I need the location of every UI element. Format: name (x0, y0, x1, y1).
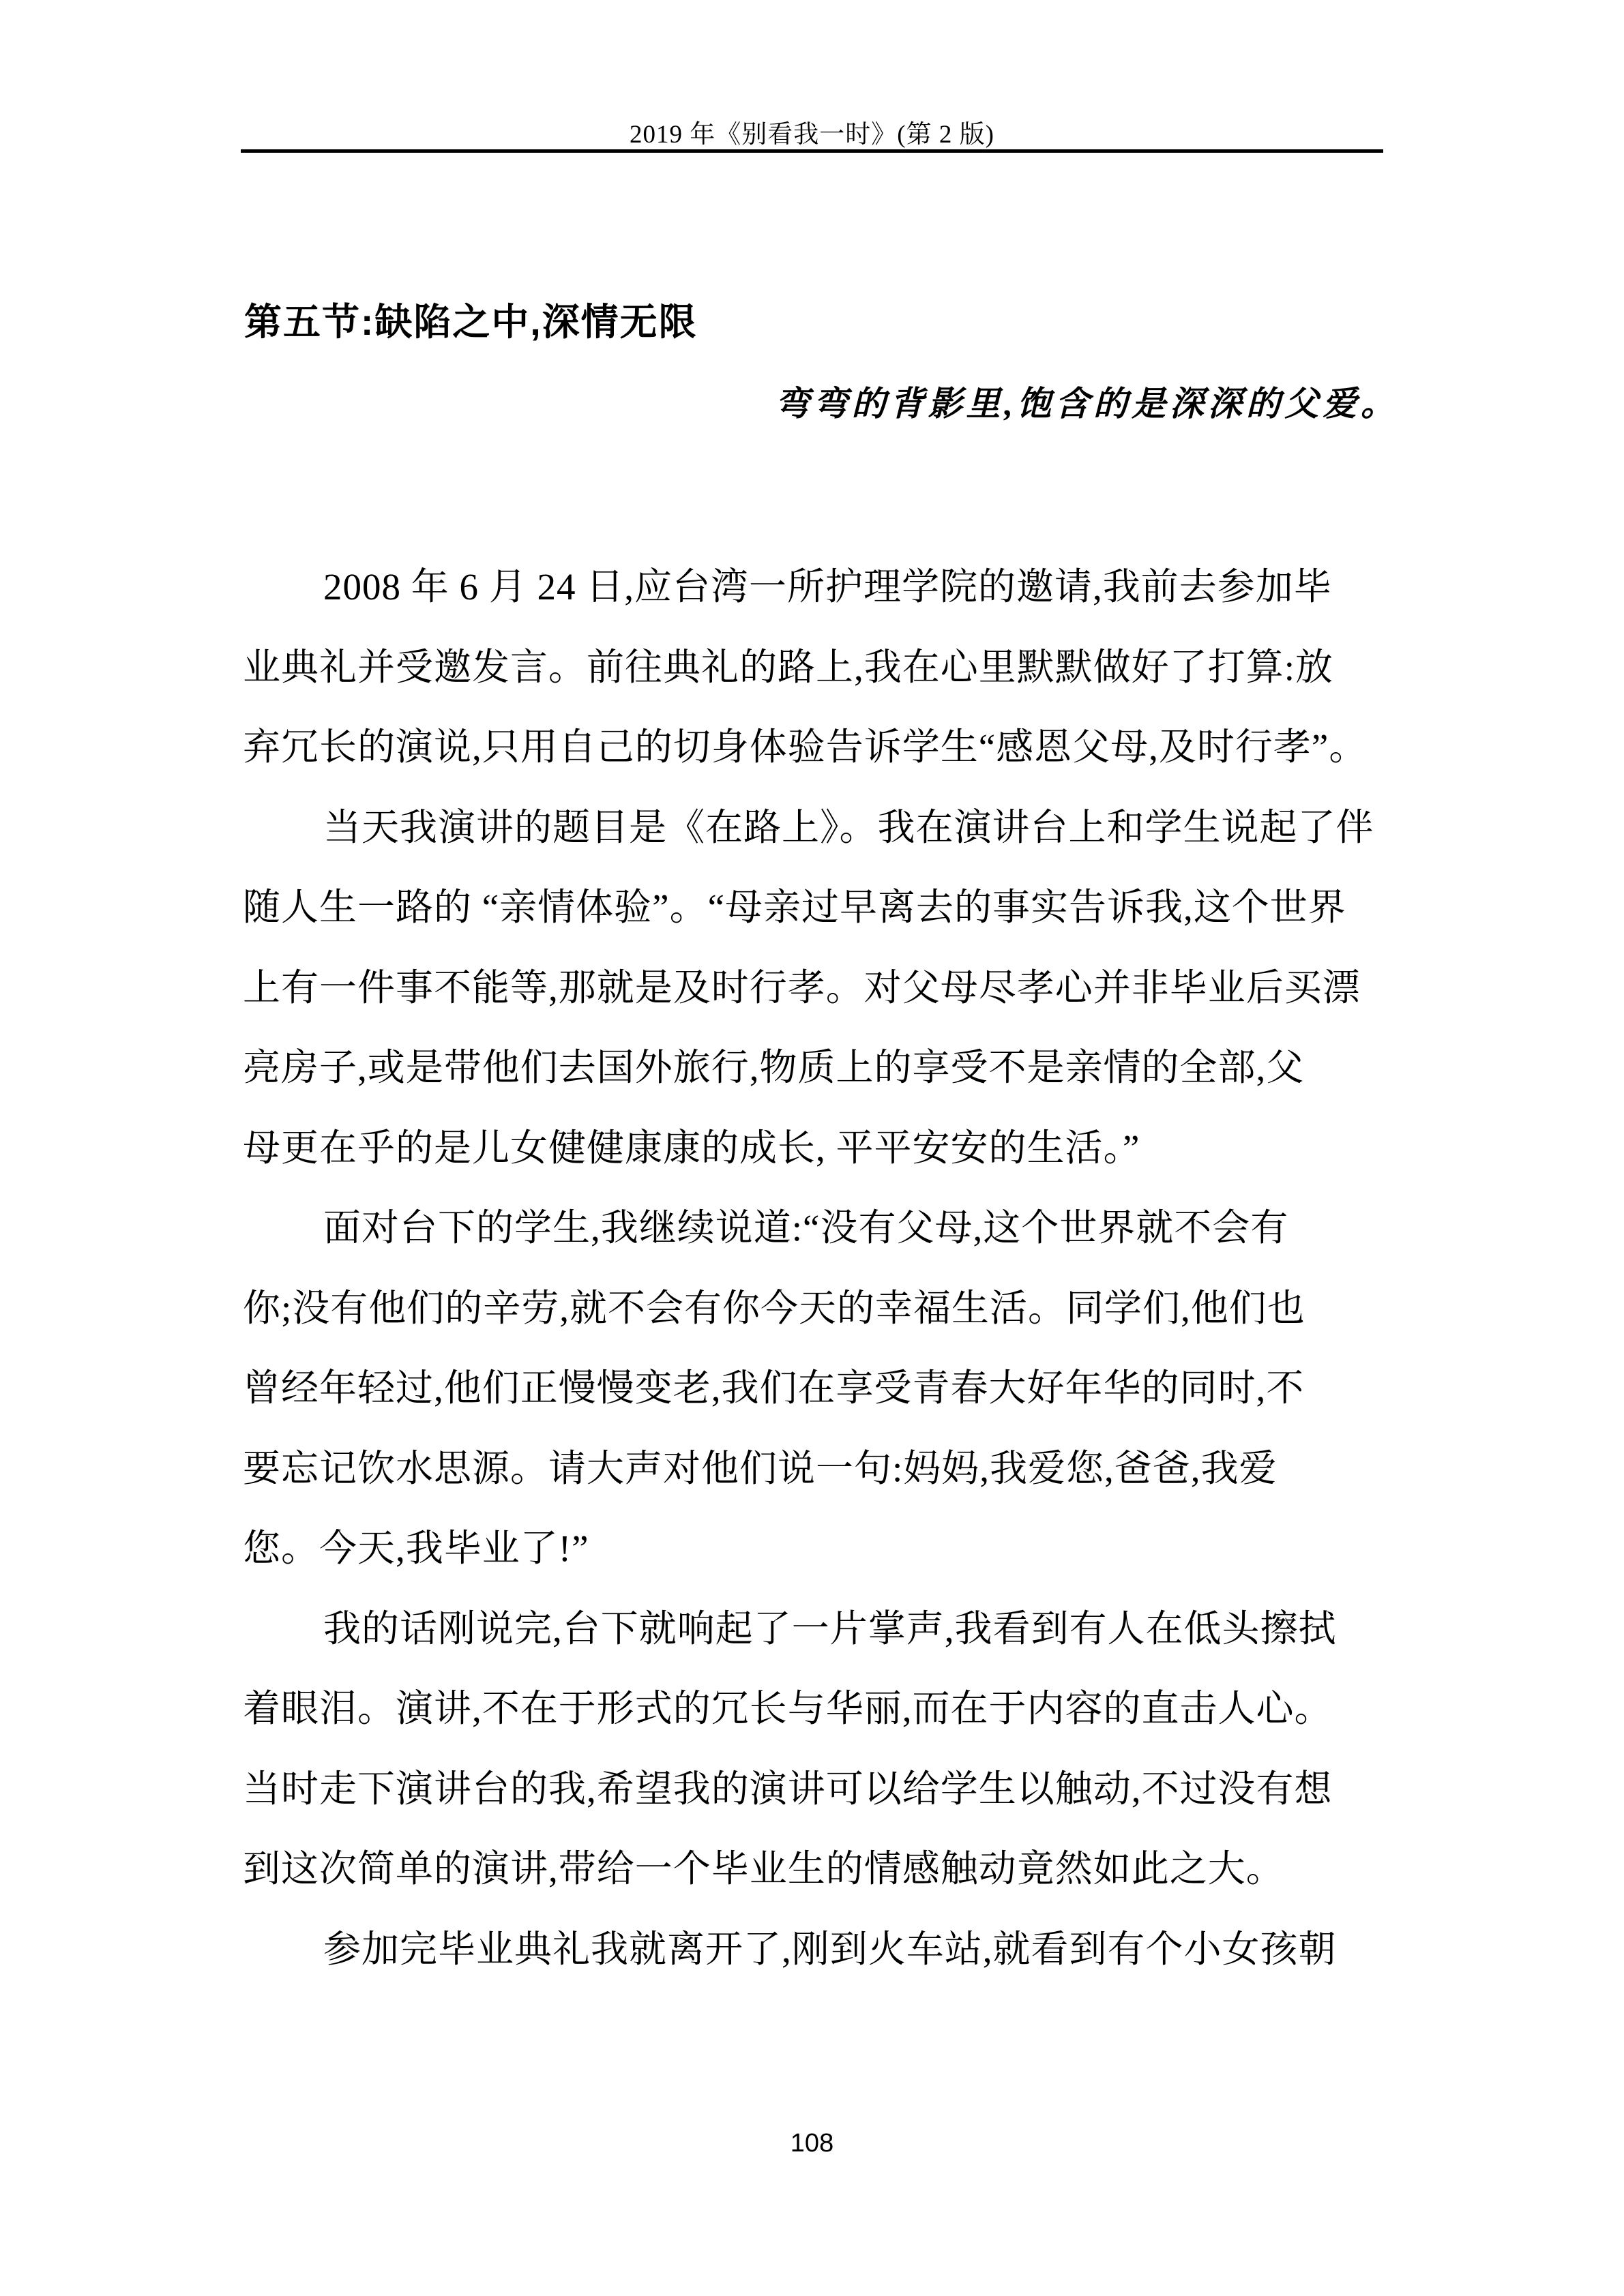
body-line: 您。今天,我毕业了!” (243, 1505, 1399, 1585)
page-number: 108 (0, 2129, 1624, 2158)
body-line: 参加完毕业典礼我就离开了,刚到火车站,就看到有个小女孩朝 (243, 1906, 1399, 1986)
body-line: 当天我演讲的题目是《在路上》。我在演讲台上和学生说起了伴 (243, 784, 1399, 865)
body-line: 当时走下演讲台的我,希望我的演讲可以给学生以触动,不过没有想 (243, 1746, 1399, 1826)
body-line: 着眼泪。演讲,不在于形式的冗长与华丽,而在于内容的直击人心。 (243, 1665, 1399, 1746)
body-line: 曾经年轻过,他们正慢慢变老,我们在享受青春大好年华的同时,不 (243, 1345, 1399, 1425)
body-line: 业典礼并受邀发言。前往典礼的路上,我在心里默默做好了打算:放 (243, 624, 1399, 704)
body-line: 随人生一路的 “亲情体验”。“母亲过早离去的事实告诉我,这个世界 (243, 864, 1399, 944)
body-line: 到这次简单的演讲,带给一个毕业生的情感触动竟然如此之大。 (243, 1825, 1399, 1906)
section-title: 第五节:缺陷之中,深情无限 (244, 292, 698, 346)
section-epigraph: 弯弯的背影里,饱含的是深深的父爱。 (776, 376, 1400, 426)
body-line: 面对台下的学生,我继续说道:“没有父母,这个世界就不会有 (243, 1184, 1399, 1265)
body-line: 亮房子,或是带他们去国外旅行,物质上的享受不是亲情的全部,父 (243, 1024, 1399, 1105)
body-line: 我的话刚说完,台下就响起了一片掌声,我看到有人在低头擦拭 (243, 1585, 1399, 1666)
body-line: 母更在乎的是儿女健健康康的成长, 平平安安的生活。” (243, 1105, 1399, 1185)
running-header: 2019 年《别看我一时》(第 2 版) (0, 113, 1624, 150)
book-page: 2019 年《别看我一时》(第 2 版) 第五节:缺陷之中,深情无限 弯弯的背影… (0, 0, 1624, 2296)
body-line: 你;没有他们的辛劳,就不会有你今天的幸福生活。同学们,他们也 (243, 1265, 1399, 1345)
body-line: 上有一件事不能等,那就是及时行孝。对父母尽孝心并非毕业后买漂 (243, 944, 1399, 1025)
body-text: 2008 年 6 月 24 日,应台湾一所护理学院的邀请,我前去参加毕 业典礼并… (243, 543, 1399, 1986)
body-line: 弃冗长的演说,只用自己的切身体验告诉学生“感恩父母,及时行孝”。 (243, 704, 1399, 784)
body-line: 要忘记饮水思源。请大声对他们说一句:妈妈,我爱您,爸爸,我爱 (243, 1425, 1399, 1506)
header-rule-divider (241, 149, 1383, 153)
body-line: 2008 年 6 月 24 日,应台湾一所护理学院的邀请,我前去参加毕 (243, 543, 1399, 624)
